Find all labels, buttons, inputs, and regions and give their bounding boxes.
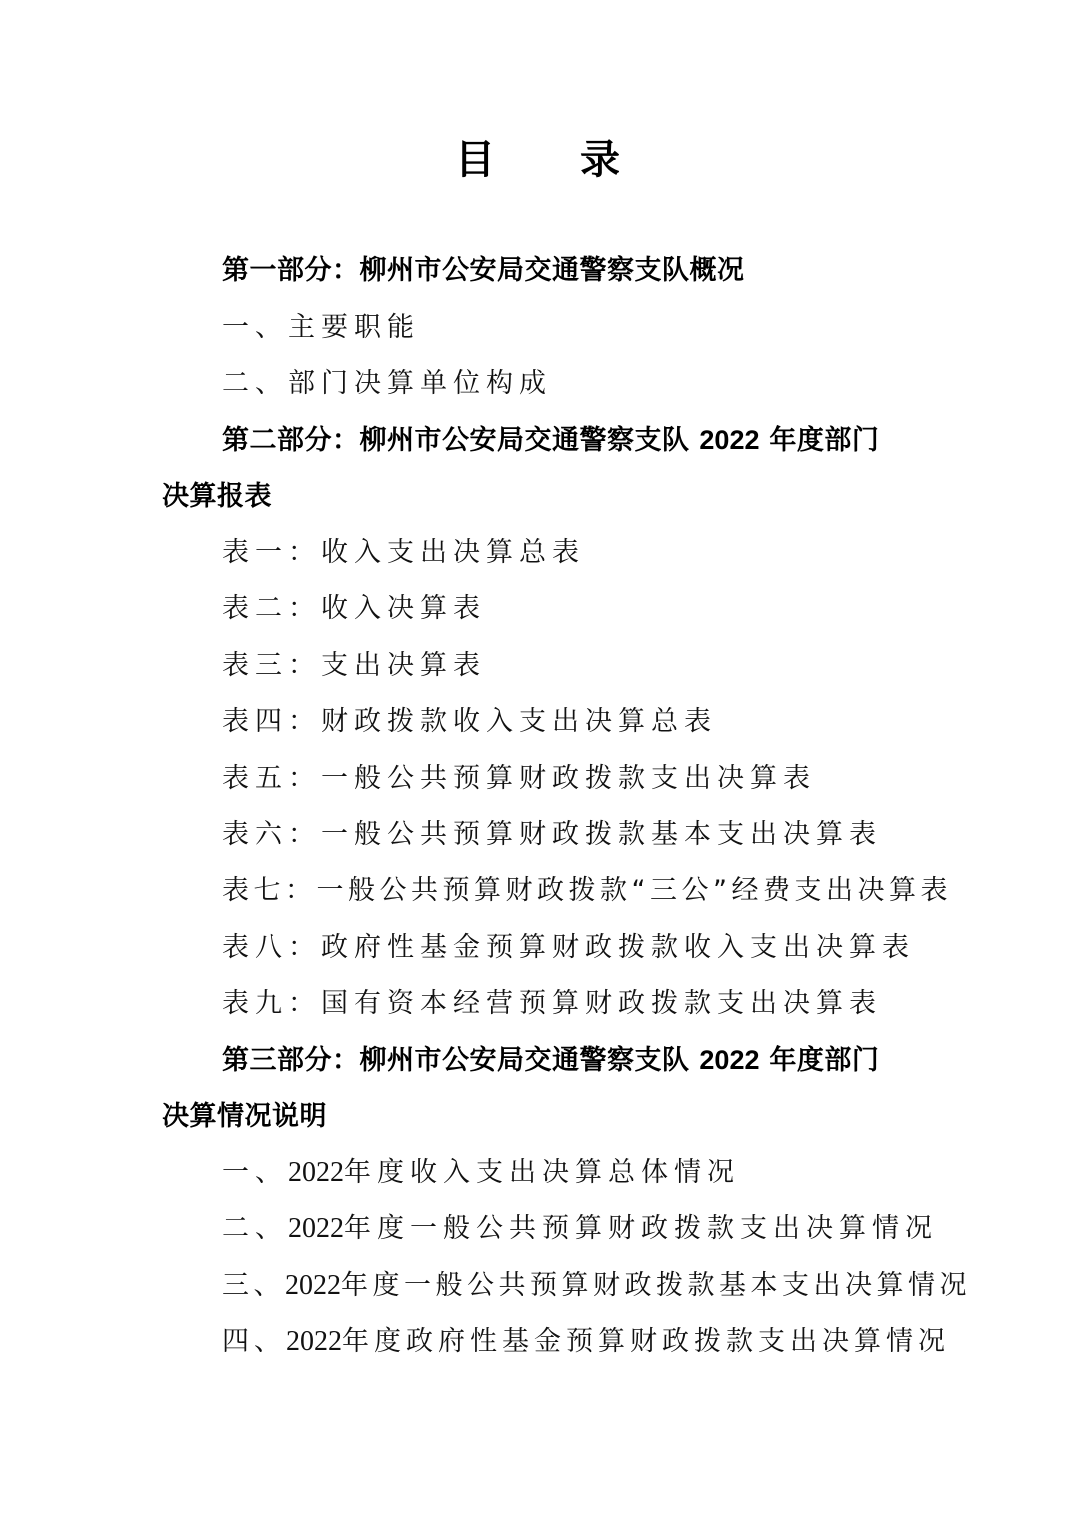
part2-heading-text-b: 年度部门 <box>759 425 879 456</box>
section-prefix: 二、 <box>222 1213 288 1244</box>
section-text: 年度一般公共预算财政拨款基本支出决算情况 <box>341 1270 971 1301</box>
section-prefix: 一、 <box>222 1157 288 1188</box>
toc-item-section-1: 一、2022年度收入支出决算总体情况 <box>222 1155 740 1191</box>
toc-item-table-2: 表二：收入决算表 <box>222 591 486 627</box>
part3-heading-line2: 决算情况说明 <box>162 1099 327 1135</box>
part1-heading: 第一部分：柳州市公安局交通警察支队概况 <box>222 253 745 289</box>
toc-item-section-4: 四、2022年度政府性基金预算财政拨款支出决算情况 <box>222 1324 950 1360</box>
part3-heading-line1: 第三部分：柳州市公安局交通警察支队 2022 年度部门 <box>222 1042 879 1079</box>
part3-heading-text-b: 年度部门 <box>759 1045 879 1076</box>
title-char-1: 目 <box>455 132 495 188</box>
section-year: 2022 <box>286 1326 342 1357</box>
section-text: 年度政府性基金预算财政拨款支出决算情况 <box>342 1326 950 1357</box>
section-text: 年度一般公共预算财政拨款支出决算情况 <box>344 1213 938 1244</box>
toc-item-table-5: 表五：一般公共预算财政拨款支出决算表 <box>222 761 816 797</box>
section-year: 2022 <box>288 1213 344 1244</box>
part2-heading-line2: 决算报表 <box>162 479 272 515</box>
section-prefix: 四、 <box>222 1326 286 1357</box>
part3-heading-text-a: 第三部分：柳州市公安局交通警察支队 <box>222 1045 699 1076</box>
toc-item-section-3: 三、2022年度一般公共预算财政拨款基本支出决算情况 <box>222 1268 971 1304</box>
toc-item-table-4: 表四：财政拨款收入支出决算总表 <box>222 704 717 740</box>
section-text: 年度收入支出决算总体情况 <box>344 1157 740 1188</box>
part2-heading-text-a: 第二部分：柳州市公安局交通警察支队 <box>222 425 699 456</box>
part2-heading-year: 2022 <box>699 425 759 455</box>
part2-heading-line1: 第二部分：柳州市公安局交通警察支队 2022 年度部门 <box>222 422 879 459</box>
toc-item-table-3: 表三：支出决算表 <box>222 648 486 684</box>
toc-item-unit-composition: 二、部门决算单位构成 <box>222 366 552 402</box>
section-year: 2022 <box>285 1270 341 1301</box>
document-page: 目 录 第一部分：柳州市公安局交通警察支队概况 一、主要职能 二、部门决算单位构… <box>0 0 1075 1520</box>
toc-item-table-8: 表八：政府性基金预算财政拨款收入支出决算表 <box>222 930 915 966</box>
section-year: 2022 <box>288 1157 344 1188</box>
toc-item-main-functions: 一、主要职能 <box>222 310 420 346</box>
toc-item-section-2: 二、2022年度一般公共预算财政拨款支出决算情况 <box>222 1211 938 1247</box>
section-prefix: 三、 <box>222 1270 285 1301</box>
toc-item-table-9: 表九：国有资本经营预算财政拨款支出决算表 <box>222 986 882 1022</box>
part3-heading-year: 2022 <box>699 1045 759 1075</box>
toc-item-table-6: 表六：一般公共预算财政拨款基本支出决算表 <box>222 817 882 853</box>
toc-item-table-7: 表七：一般公共预算财政拨款“三公”经费支出决算表 <box>222 873 952 909</box>
toc-item-table-1: 表一：收入支出决算总表 <box>222 535 585 571</box>
title-char-2: 录 <box>580 132 620 188</box>
